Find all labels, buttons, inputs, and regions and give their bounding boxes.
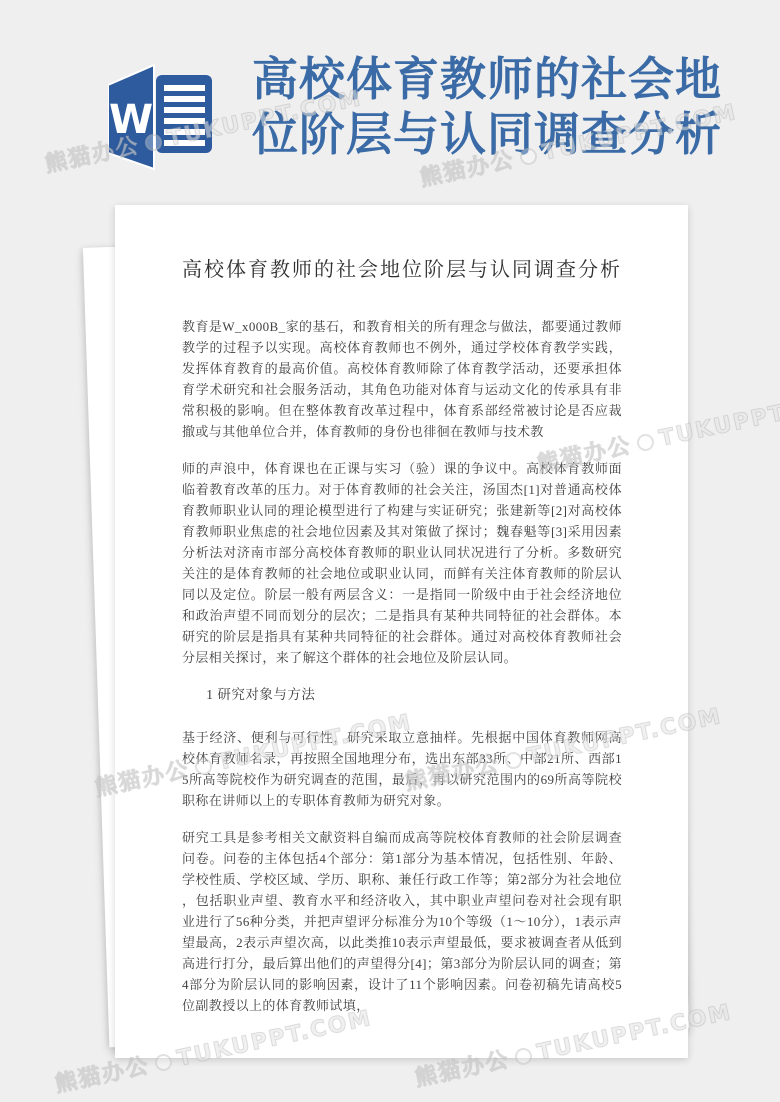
- page-background: W 高校体育教师的社会地位阶层与认同调查分析 高校体育教师的社会地位阶层与认同调…: [0, 0, 780, 1102]
- doc-paragraph-1: 教育是W_x000B_家的基石，和教育相关的所有理念与做法，都要通过教师教学的过…: [182, 316, 622, 442]
- word-icon: W: [108, 60, 214, 174]
- doc-paragraph-2: 师的声浪中，体育课也在正课与实习（验）课的争议中。高校体育教师面临着教育改革的压…: [182, 458, 622, 668]
- header-title: 高校体育教师的社会地位阶层与认同调查分析: [252, 52, 734, 162]
- document-title: 高校体育教师的社会地位阶层与认同调查分析: [182, 253, 622, 282]
- header: W 高校体育教师的社会地位阶层与认同调查分析: [108, 52, 734, 174]
- doc-paragraph-4: 研究工具是参考相关文献资料自编而成高等院校体育教师的社会阶层调查问卷。问卷的主体…: [182, 827, 622, 1016]
- document-sheet: 高校体育教师的社会地位阶层与认同调查分析 教育是W_x000B_家的基石，和教育…: [115, 205, 688, 1058]
- doc-heading-research-methods: 1 研究对象与方法: [182, 684, 622, 705]
- doc-paragraph-3: 基于经济、便利与可行性，研究采取立意抽样。先根据中国体育教师网高校体育教师名录，…: [182, 727, 622, 811]
- word-icon-letter: W: [109, 97, 153, 143]
